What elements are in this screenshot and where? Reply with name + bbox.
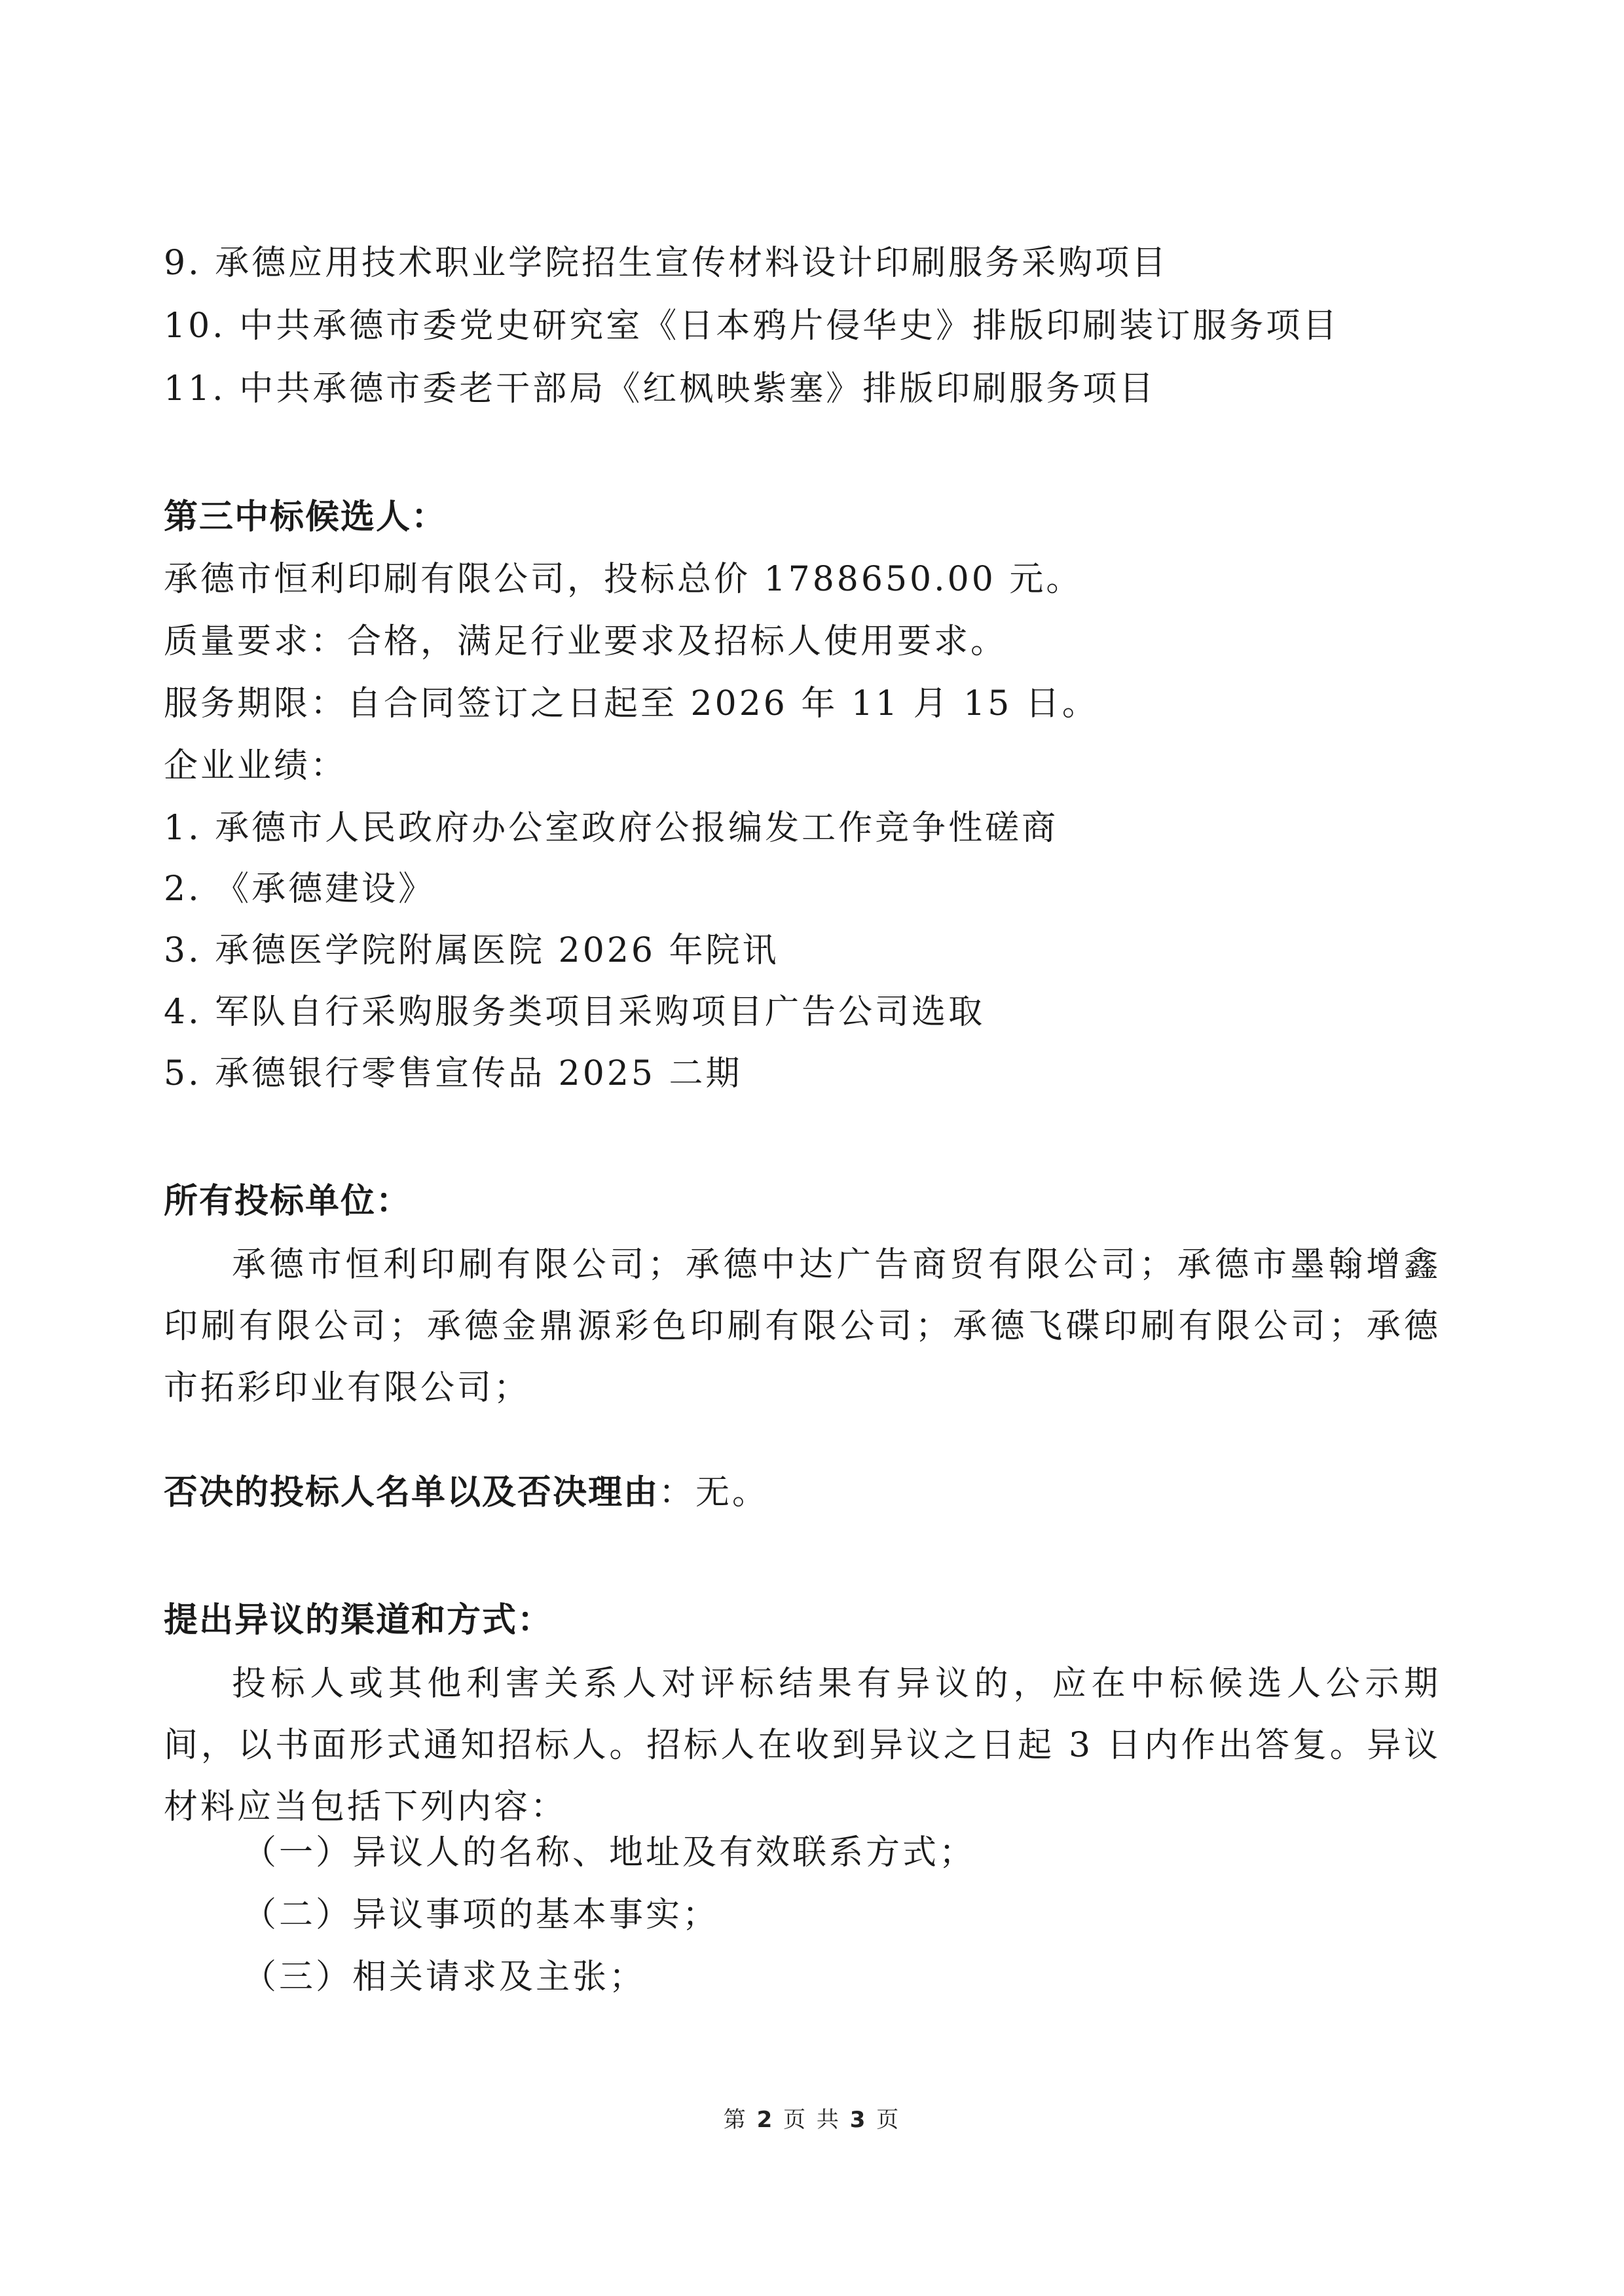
performance-item-10: 10. 中共承德市委党史研究室《日本鸦片侵华史》排版印刷装订服务项目 [164,306,1339,346]
performance-item-3: 3. 承德医学院附属医院 2026 年院讯 [164,931,779,970]
objection-heading: 提出异议的渠道和方式： [164,1601,553,1640]
footer-prefix: 第 [724,2107,757,2133]
objection-item-1: （一）异议人的名称、地址及有效联系方式； [242,1833,976,1872]
third-candidate-heading: 第三中标候选人： [164,498,447,537]
footer-suffix: 页 [867,2107,900,2133]
objection-item-2: （二）异议事项的基本事实； [242,1895,719,1935]
total-page-count: 3 [850,2107,868,2133]
performance-item-1: 1. 承德市人民政府办公室政府公报编发工作竞争性磋商 [164,809,1058,848]
footer-middle: 页 共 [774,2107,849,2133]
third-candidate-bid: 承德市恒利印刷有限公司，投标总价 1788650.00 元。 [164,560,1082,599]
rejected-heading: 否决的投标人名单以及否决理由 [164,1473,659,1512]
rejected-value: ：无。 [659,1473,769,1512]
page-number-footer: 第 2 页 共 3 页 [0,2102,1624,2134]
objection-item-3: （三）相关请求及主张； [242,1958,646,1997]
performance-item-4: 4. 军队自行采购服务类项目采购项目广告公司选取 [164,993,985,1032]
performance-item-2: 2. 《承德建设》 [164,869,435,909]
all-bidders-heading: 所有投标单位： [164,1182,411,1221]
third-candidate-quality: 质量要求：合格，满足行业要求及招标人使用要求。 [164,622,1007,661]
performance-item-11: 11. 中共承德市委老干部局《红枫映紫塞》排版印刷服务项目 [164,369,1156,409]
performance-item-5: 5. 承德银行零售宣传品 2025 二期 [164,1054,743,1093]
rejected-bidders: 否决的投标人名单以及否决理由：无。 [164,1473,769,1512]
performance-label: 企业业绩： [164,746,347,786]
performance-item-9: 9. 承德应用技术职业学院招生宣传材料设计印刷服务采购项目 [164,244,1168,283]
objection-text: 投标人或其他利害关系人对评标结果有异议的，应在中标候选人公示期间，以书面形式通知… [164,1653,1441,1838]
current-page-number: 2 [757,2107,775,2133]
all-bidders-list: 承德市恒利印刷有限公司；承德中达广告商贸有限公司；承德市墨翰增鑫印刷有限公司；承… [164,1234,1441,1419]
third-candidate-service-period: 服务期限：自合同签订之日起至 2026 年 11 月 15 日。 [164,684,1099,723]
